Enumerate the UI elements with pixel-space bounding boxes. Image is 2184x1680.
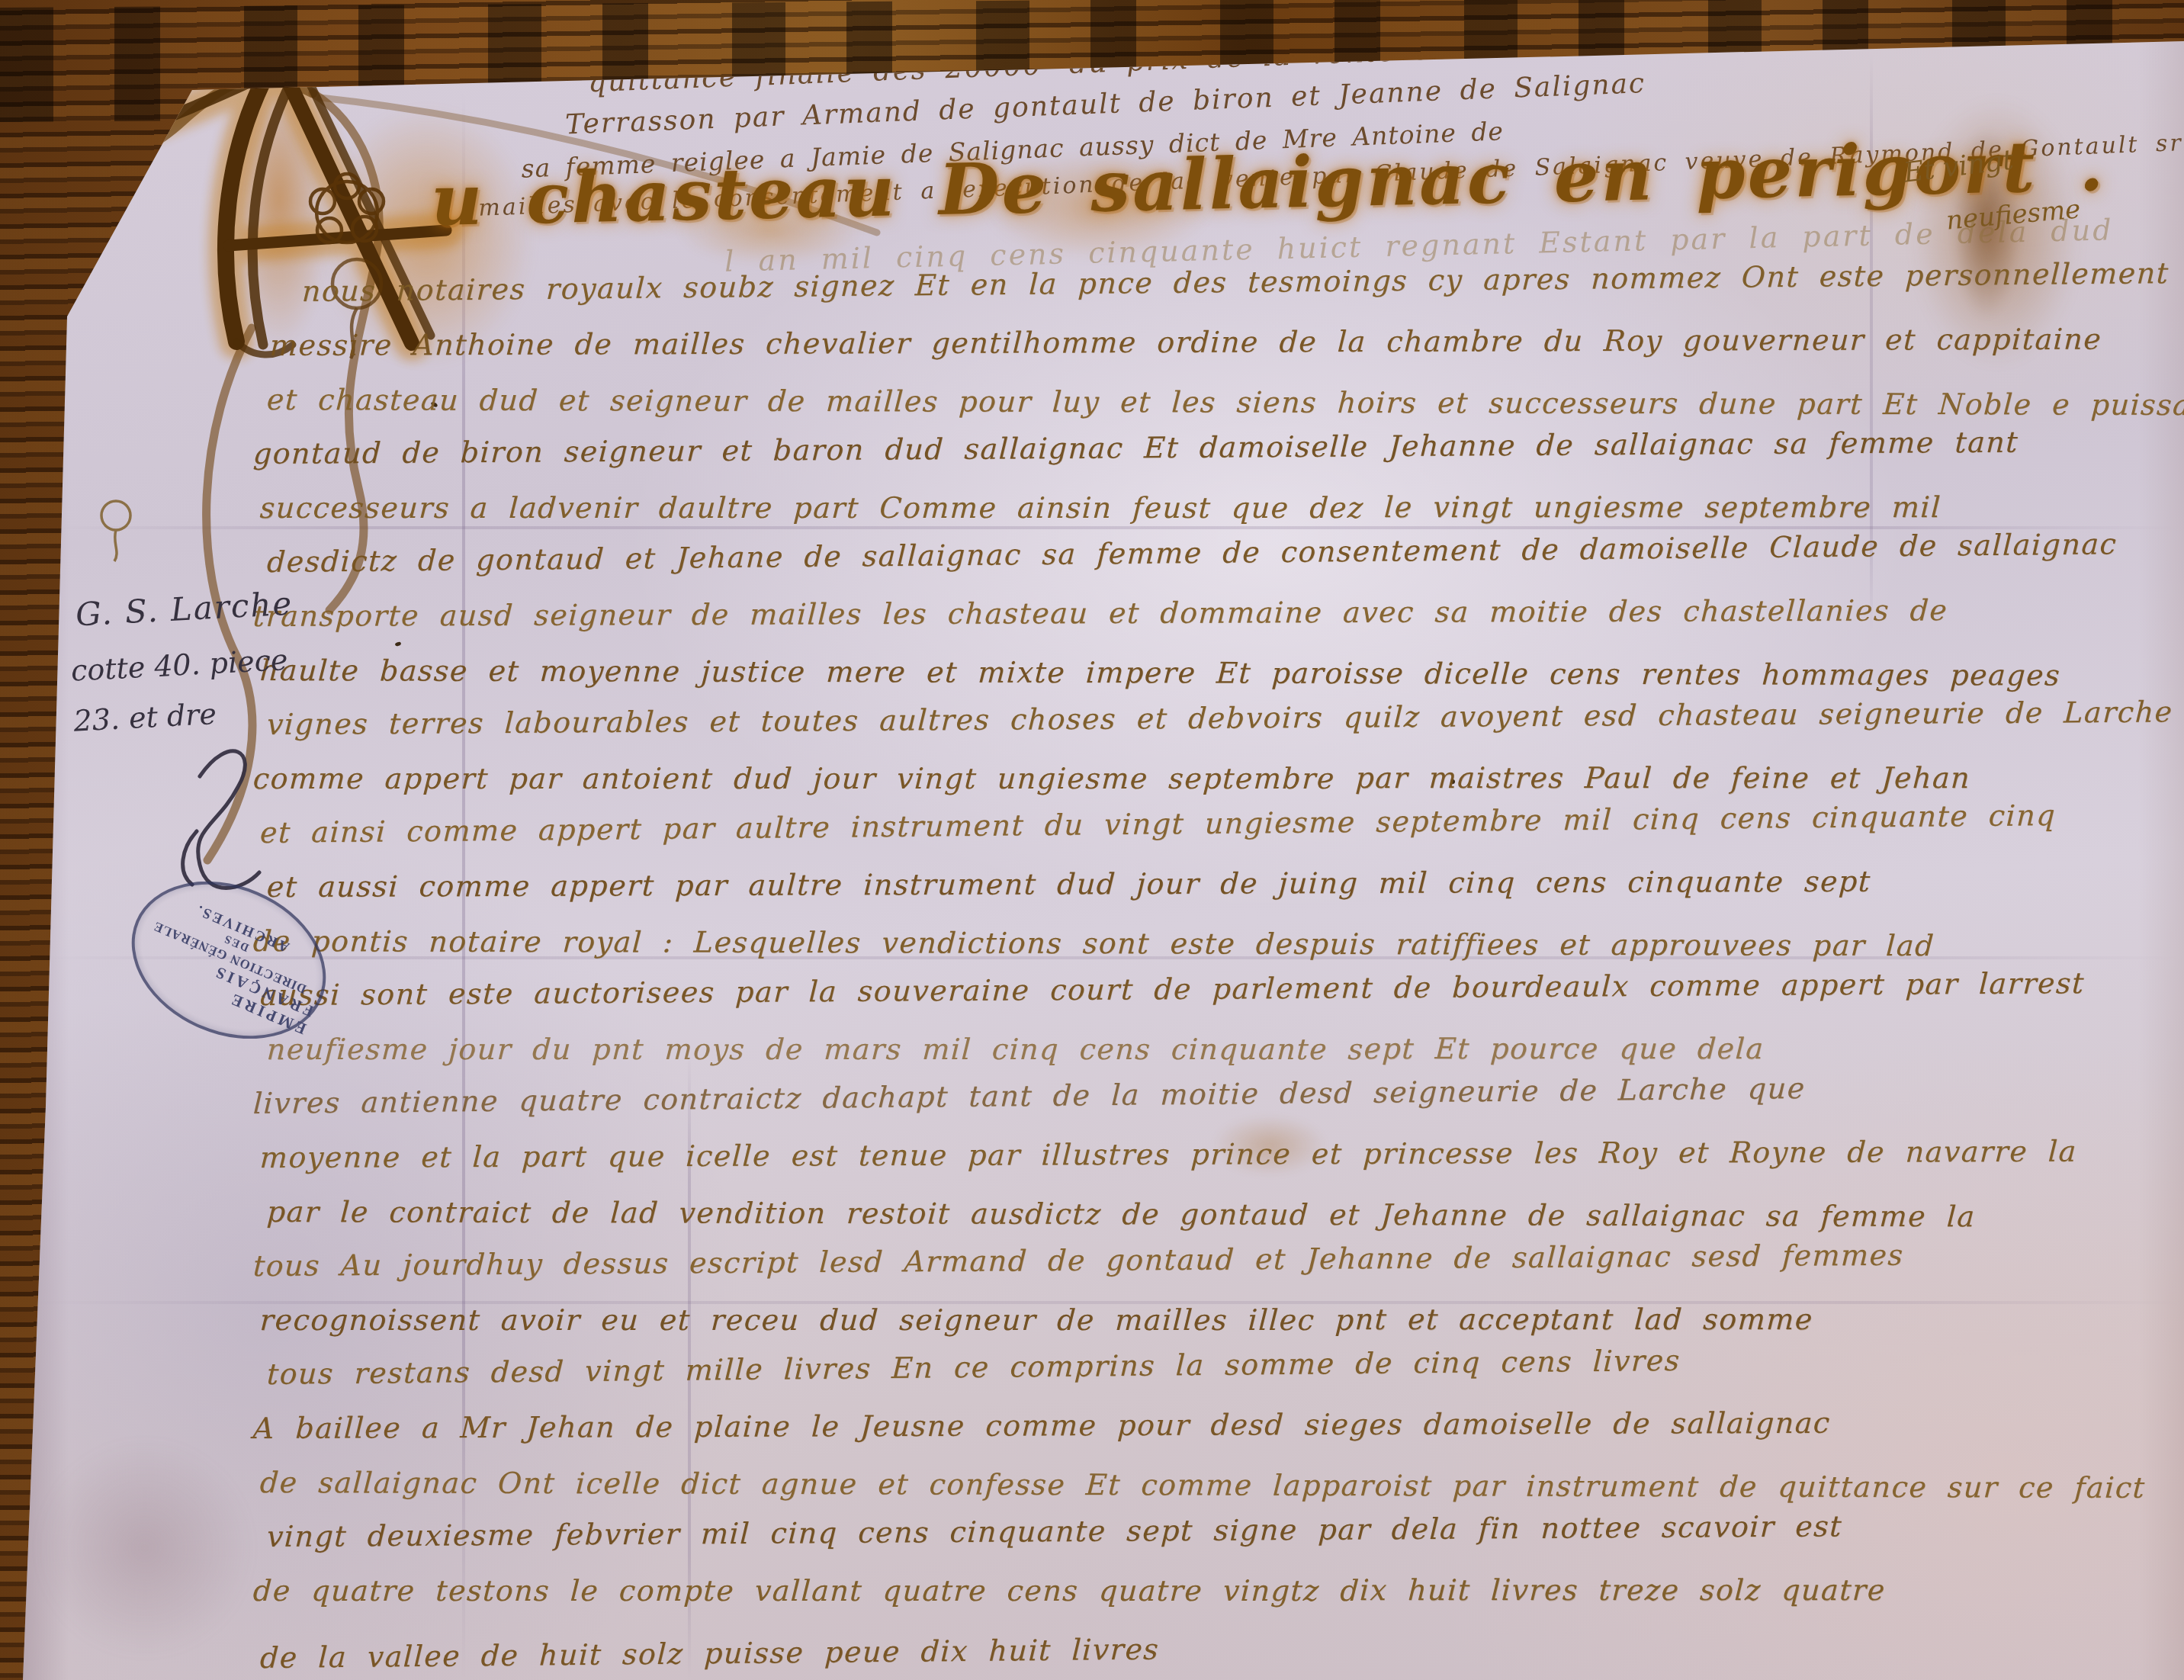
manuscript-line: aussi sont este auctorisees par la souve… <box>259 966 2086 1012</box>
manuscript-line: nous notaires royaulx soubz signez Et en… <box>301 256 2170 308</box>
manuscript-line: vingt deuxiesme febvrier mil cinq cens c… <box>266 1509 1843 1553</box>
manuscript-line: desdictz de gontaud et Jehane de sallaig… <box>266 527 2118 579</box>
manuscript-line: de la vallee de huit solz puisse peue di… <box>259 1632 1160 1675</box>
manuscript-line: et ainsi comme appert par aultre instrum… <box>259 798 2057 850</box>
parchment-sheet: 29 may 1558 quittance finalle des 20000ᵗ… <box>0 0 2184 1680</box>
manuscript-line: moyenne et la part que icelle est tenue … <box>259 1135 2078 1174</box>
manuscript-line: tous restans desd vingt mille livres En … <box>266 1344 1681 1391</box>
manuscript-line: gontaud de biron seigneur et baron dud s… <box>252 426 2019 471</box>
manuscript-line: de sallaignac Ont icelle dict agnue et c… <box>259 1466 2147 1505</box>
manuscript-line: de quatre testons le compte vallant quat… <box>252 1573 1887 1608</box>
manuscript-line: comme appert par antoient dud jour vingt… <box>252 761 1971 795</box>
manuscript-photo: 29 may 1558 quittance finalle des 20000ᵗ… <box>0 0 2184 1680</box>
manuscript-line: et chasteau dud et seigneur de mailles p… <box>266 383 2184 422</box>
manuscript-line: vignes terres labourables et toutes ault… <box>266 695 2184 741</box>
manuscript-line: par le contraict de lad vendition restoi… <box>266 1195 1977 1233</box>
manuscript-line: transporte ausd seigneur de mailles les … <box>252 593 1949 633</box>
manuscript-line: messire Anthoine de mailles chevalier ge… <box>269 323 2103 362</box>
manuscript-line: de pontis notaire royal : Lesquelles ven… <box>252 924 1935 962</box>
manuscript-line: successeurs a ladvenir daultre part Comm… <box>259 490 1942 525</box>
manuscript-line: tous Au jourdhuy dessus escript lesd Arm… <box>252 1238 1905 1283</box>
manuscript-line: livres antienne quatre contraictz dachap… <box>252 1071 1807 1120</box>
manuscript-line: A baillee a Mr Jehan de plaine le Jeusne… <box>252 1406 1832 1445</box>
manuscript-line: recognoissent avoir eu et receu dud seig… <box>259 1303 1814 1337</box>
manuscript-body: nous notaires royaulx soubz signez Et en… <box>0 0 2184 1680</box>
manuscript-line: et aussi comme appert par aultre instrum… <box>266 865 1872 904</box>
manuscript-line: neufiesme jour du pnt moys de mars mil c… <box>266 1032 1765 1066</box>
manuscript-line: haulte basse et moyenne justice mere et … <box>259 654 2062 692</box>
